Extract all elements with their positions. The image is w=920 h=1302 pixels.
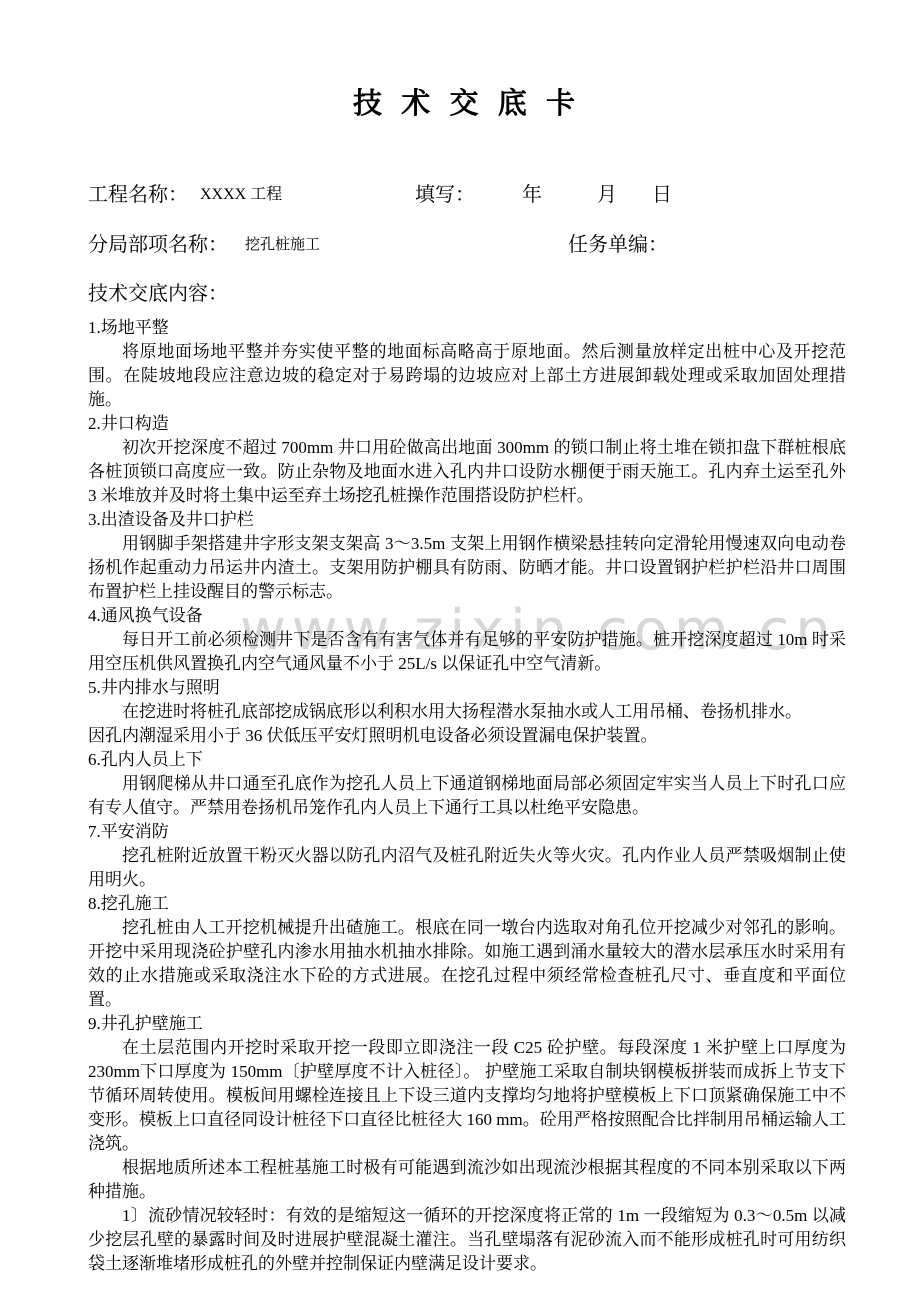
paragraph: 将原地面场地平整并夯实使平整的地面标高略高于原地面。然后测量放样定出桩中心及开挖… bbox=[88, 340, 846, 412]
section-heading: 5.井内排水与照明 bbox=[88, 676, 846, 700]
paragraph: 用钢脚手架搭建井字形支架支架高 3～3.5m 支架上用钢作横梁悬挂转向定滑轮用慢… bbox=[88, 532, 846, 604]
year-label: 年 bbox=[522, 180, 542, 210]
document-page: 技 术 交 底 卡 工程名称： XXXX 工程 填写： 年 月 日 分局部项名称… bbox=[0, 0, 920, 1302]
task-number-label: 任务单编： bbox=[568, 230, 668, 260]
paragraph: 1〕流砂情况较轻时：有效的是缩短这一循环的开挖深度将正常的 1m 一段缩短为 0… bbox=[88, 1204, 846, 1276]
section-heading: 7.平安消防 bbox=[88, 820, 846, 844]
section-heading: 2.井口构造 bbox=[88, 412, 846, 436]
subitem-name-label: 分局部项名称： bbox=[88, 230, 228, 260]
month-label: 月 bbox=[597, 180, 617, 210]
section-heading: 6.孔内人员上下 bbox=[88, 748, 846, 772]
project-name-value: XXXX 工程 bbox=[200, 180, 282, 210]
paragraph: 用钢爬梯从井口通至孔底作为挖孔人员上下通道钢梯地面局部必须固定牢实当人员上下时孔… bbox=[88, 772, 846, 820]
paragraph: 每日开工前必须检测井下是否含有有害气体并有足够的平安防护措施。桩开挖深度超过 1… bbox=[88, 628, 846, 676]
header-row-subitem: 分局部项名称： 挖孔桩施工 任务单编： bbox=[88, 230, 846, 260]
section-heading: 1.场地平整 bbox=[88, 316, 846, 340]
paragraph: 根据地质所述本工程桩基施工时极有可能遇到流沙如出现流沙根据其程度的不同本别采取以… bbox=[88, 1156, 846, 1204]
section-heading: 8.挖孔施工 bbox=[88, 892, 846, 916]
content-blocks: 1.场地平整将原地面场地平整并夯实使平整的地面标高略高于原地面。然后测量放样定出… bbox=[88, 316, 846, 1276]
project-name-label: 工程名称： bbox=[88, 180, 188, 210]
paragraph: 挖孔桩由人工开挖机械提升出碴施工。根底在同一墩台内选取对角孔位开挖减少对邻孔的影… bbox=[88, 916, 846, 1012]
section-heading: 9.井孔护壁施工 bbox=[88, 1012, 846, 1036]
content-heading: 技术交底内容： bbox=[88, 280, 846, 308]
header-row-project: 工程名称： XXXX 工程 填写： 年 月 日 bbox=[88, 180, 846, 210]
section-heading: 3.出渣设备及井口护栏 bbox=[88, 508, 846, 532]
paragraph: 挖孔桩附近放置干粉灭火器以防孔内沼气及桩孔附近失火等火灾。孔内作业人员严禁吸烟制… bbox=[88, 844, 846, 892]
fill-in-label: 填写： bbox=[415, 180, 475, 210]
paragraph: 初次开挖深度不超过 700mm 井口用砼做高出地面 300mm 的锁口制止将土堆… bbox=[88, 436, 846, 508]
subitem-name-value: 挖孔桩施工 bbox=[245, 230, 320, 260]
paragraph: 在挖进时将桩孔底部挖成锅底形以利积水用大扬程潜水泵抽水或人工用吊桶、卷扬机排水。 bbox=[88, 700, 846, 724]
section-heading: 4.通风换气设备 bbox=[88, 604, 846, 628]
page-title: 技 术 交 底 卡 bbox=[88, 88, 846, 120]
day-label: 日 bbox=[652, 180, 672, 210]
paragraph: 因孔内潮湿采用小于 36 伏低压平安灯照明机电设备必须设置漏电保护装置。 bbox=[88, 724, 846, 748]
paragraph: 在土层范围内开挖时采取开挖一段即立即浇注一段 C25 砼护壁。每段深度 1 米护… bbox=[88, 1036, 846, 1156]
